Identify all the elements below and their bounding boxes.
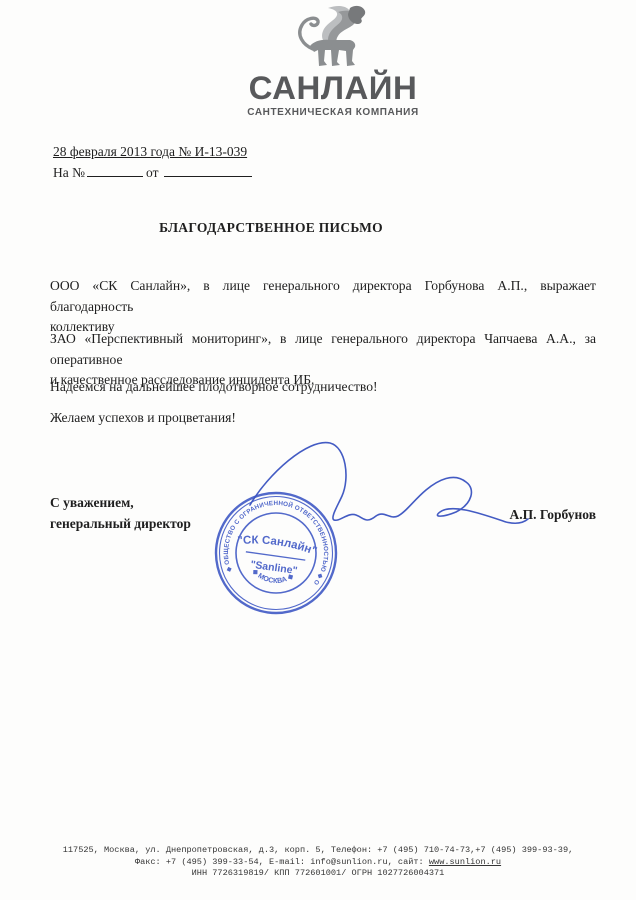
footer-contacts: 117525, Москва, ул. Днепропетровская, д.… [0, 845, 636, 880]
paragraph-wishes: Желаем успехов и процветания! [50, 408, 596, 429]
outgoing-number-line: 28 февраля 2013 года № И-13-039 [53, 141, 252, 162]
handwritten-signature [238, 436, 538, 544]
paragraph-line: ЗАО «Перспективный мониторинг», в лице г… [50, 329, 596, 370]
reply-reference-line: На №от [53, 162, 252, 183]
closing-line: генеральный директор [50, 513, 191, 534]
scanned-letter-page: САНЛАЙН САНТЕХНИЧЕСКАЯ КОМПАНИЯ 28 февра… [0, 0, 636, 900]
footer-address-line: 117525, Москва, ул. Днепропетровская, д.… [0, 845, 636, 857]
reply-infix-label: от [146, 165, 158, 180]
company-letterhead: САНЛАЙН САНТЕХНИЧЕСКАЯ КОМПАНИЯ [233, 4, 433, 118]
closing-line: С уважением, [50, 492, 191, 513]
footer-fax-email: Факс: +7 (495) 399-33-54, E-mail: info@s… [135, 857, 429, 867]
reply-number-blank [87, 163, 143, 177]
paragraph-line: ООО «СК Санлайн», в лице генерального ди… [50, 276, 596, 317]
reply-date-blank [164, 163, 252, 177]
paragraph-cooperation: Надеемся на дальнейшее плодотворное сотр… [50, 377, 596, 398]
closing-block: С уважением, генеральный директор [50, 492, 191, 534]
reply-prefix-label: На № [53, 165, 85, 180]
website-link: www.sunlion.ru [429, 857, 501, 867]
reference-block: 28 февраля 2013 года № И-13-039 На №от [53, 141, 252, 183]
lion-icon [292, 4, 374, 70]
footer-requisites-line: ИНН 7726319819/ КПП 772601001/ ОГРН 1027… [0, 868, 636, 880]
brand-tagline: САНТЕХНИЧЕСКАЯ КОМПАНИЯ [233, 107, 433, 118]
brand-wordmark: САНЛАЙН [233, 71, 433, 103]
letter-title: БЛАГОДАРСТВЕННОЕ ПИСЬМО [50, 220, 492, 236]
footer-contact-line: Факс: +7 (495) 399-33-54, E-mail: info@s… [0, 857, 636, 869]
